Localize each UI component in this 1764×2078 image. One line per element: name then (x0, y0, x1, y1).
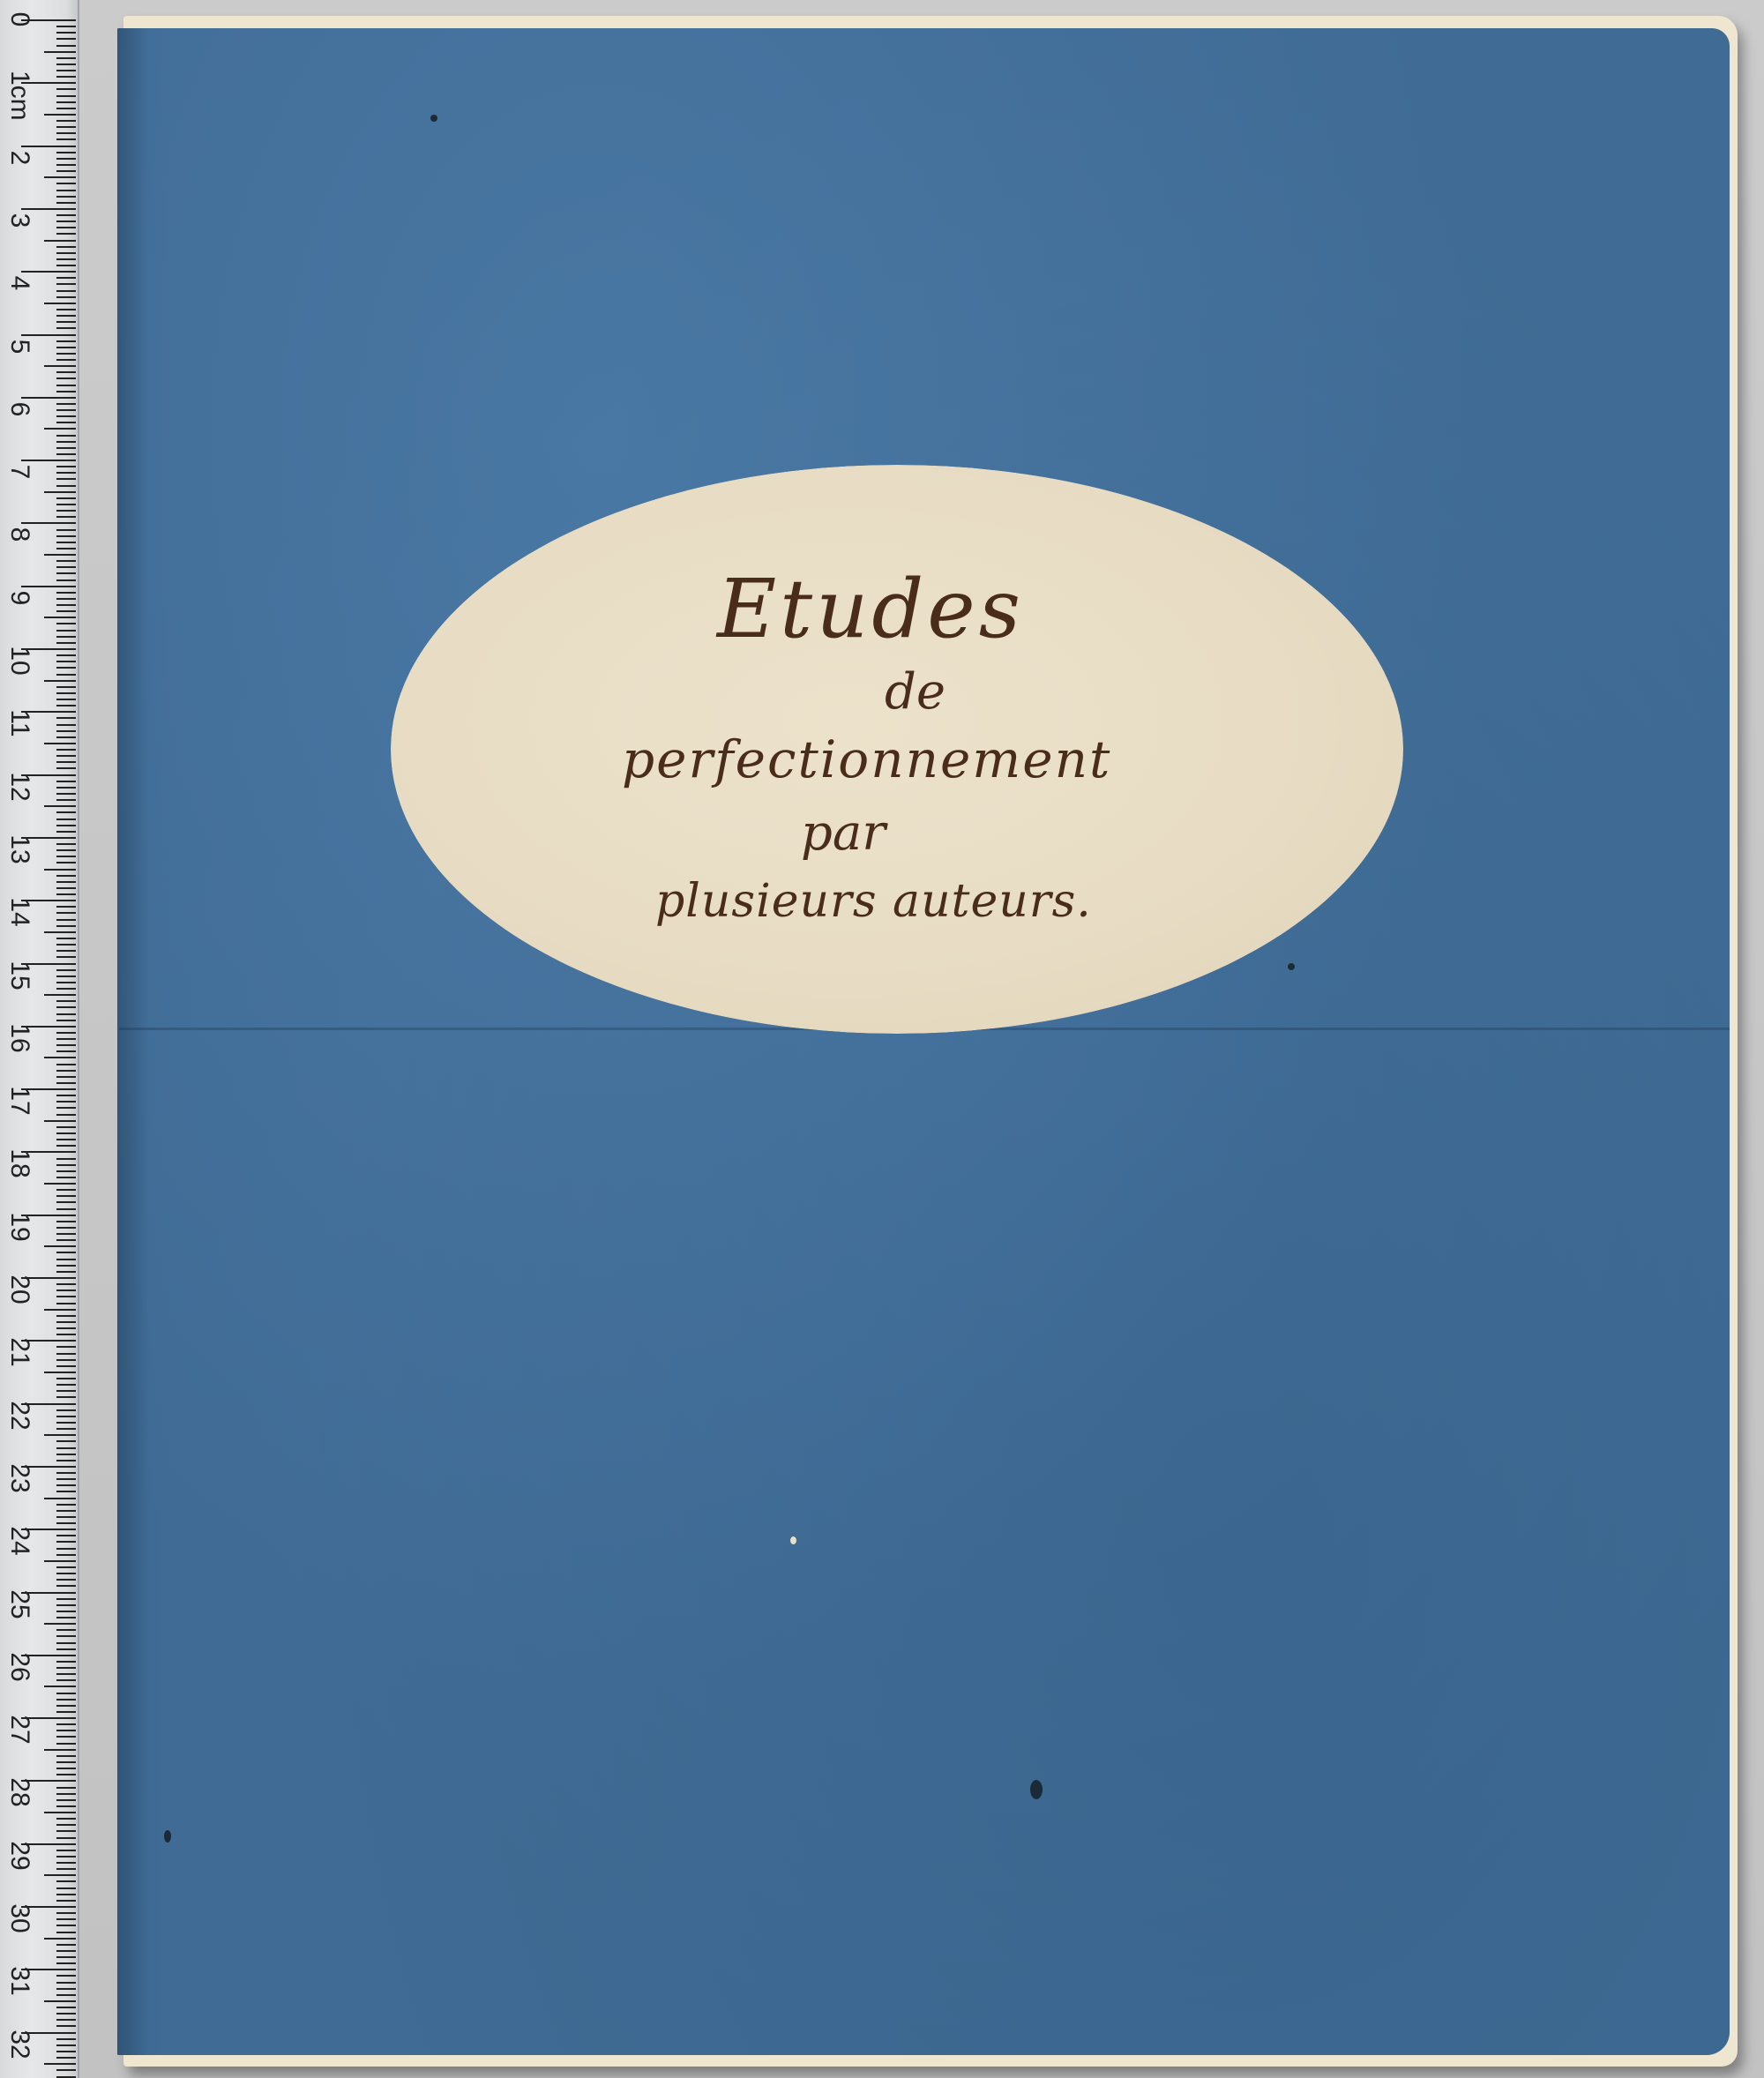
ruler-tick (56, 856, 76, 857)
ruler-tick (56, 385, 76, 386)
ruler-tick (56, 1334, 76, 1335)
ruler-label: 32 (6, 2029, 33, 2060)
ruler-tick (56, 108, 76, 109)
ruler-label: 29 (6, 1840, 33, 1872)
ruler-tick (56, 1064, 76, 1065)
ruler-tick (56, 70, 76, 71)
ruler-tick (56, 1774, 76, 1775)
ruler-tick (56, 975, 76, 977)
ruler-label: 4 (6, 275, 33, 291)
ruler-tick (56, 686, 76, 688)
ruler-label: 20 (6, 1274, 33, 1305)
ruler-tick (56, 875, 76, 877)
ruler-tick (56, 1975, 76, 1977)
ruler-tick (56, 1887, 76, 1889)
ruler-tick (56, 1227, 76, 1229)
ruler-tick (56, 2069, 76, 2071)
ruler-tick (56, 377, 76, 379)
ruler-tick (56, 347, 76, 348)
ruler-tick (21, 334, 76, 336)
ruler-tick (56, 1585, 76, 1587)
ruler-tick (56, 630, 76, 632)
ruler-tick (44, 2000, 76, 2002)
ruler-tick (44, 1686, 76, 1687)
ruler-label: 31 (6, 1965, 33, 1997)
ruler-tick (56, 138, 76, 140)
ruler-tick (56, 101, 76, 103)
ruler-tick (56, 447, 76, 449)
ruler-tick (56, 1454, 76, 1455)
ruler-label: 11 (6, 707, 33, 739)
ruler-tick (56, 825, 76, 826)
ruler-tick (56, 749, 76, 751)
ruler-tick (44, 1938, 76, 1940)
ruler-tick (56, 912, 76, 914)
ruler-tick (56, 1868, 76, 1870)
ruler-tick (56, 290, 76, 292)
ruler-tick (56, 1327, 76, 1329)
ruler-tick (56, 1956, 76, 1958)
ruler-tick (56, 1541, 76, 1543)
ruler-tick (56, 1189, 76, 1191)
ruler-tick (56, 296, 76, 298)
ruler-tick (56, 1114, 76, 1116)
ruler-tick (56, 1440, 76, 1442)
ruler-tick (56, 1962, 76, 1964)
ruler-tick (56, 1378, 76, 1379)
cover-blemish (164, 1830, 171, 1843)
ruler-tick (56, 1918, 76, 1920)
ruler-tick (56, 321, 76, 323)
ruler-tick (56, 126, 76, 128)
ruler-tick (56, 1522, 76, 1524)
ruler-tick (56, 265, 76, 266)
ruler-tick (56, 1950, 76, 1952)
ruler-tick (56, 1932, 76, 1933)
ruler-label: 5 (6, 339, 33, 355)
ruler-tick (56, 1994, 76, 1996)
ruler-tick (56, 1850, 76, 1851)
cover-title-label: Etudes de perfectionnement par plusieurs… (391, 465, 1403, 1034)
ruler-tick (56, 1353, 76, 1355)
ruler-tick (56, 1711, 76, 1713)
ruler-tick (56, 1346, 76, 1348)
ruler-tick (56, 327, 76, 329)
ruler-tick (44, 51, 76, 53)
cover-blemish (1288, 963, 1295, 970)
ruler-tick (56, 1158, 76, 1160)
ruler-tick (44, 1309, 76, 1311)
ruler-tick (56, 1944, 76, 1946)
ruler-tick (44, 114, 76, 116)
title-line-3: perfectionnement (622, 729, 1111, 789)
ruler-tick (56, 529, 76, 531)
ruler-tick (56, 736, 76, 738)
ruler-tick (56, 642, 76, 644)
ruler-tick (56, 2025, 76, 2027)
ruler-tick (56, 1145, 76, 1147)
ruler-label: 0 (6, 11, 33, 27)
ruler-tick (56, 1428, 76, 1430)
ruler-tick (56, 1611, 76, 1612)
ruler-tick (56, 190, 76, 191)
ruler-tick (56, 1743, 76, 1745)
ruler-tick (56, 1208, 76, 1210)
ruler-tick (56, 183, 76, 184)
ruler-tick (56, 1365, 76, 1367)
ruler-tick (56, 1070, 76, 1072)
ruler-tick (56, 674, 76, 676)
ruler-tick (56, 579, 76, 581)
ruler-tick (56, 1900, 76, 1902)
ruler-tick (56, 340, 76, 342)
ruler-label: 27 (6, 1714, 33, 1745)
ruler-label: 3 (6, 213, 33, 228)
ruler-tick (56, 435, 76, 437)
cover-blemish (790, 1536, 796, 1544)
ruler-tick (21, 208, 76, 210)
ruler-tick (56, 45, 76, 47)
ruler-tick (56, 1755, 76, 1757)
ruler-tick (56, 391, 76, 392)
ruler-tick (44, 1434, 76, 1436)
ruler-tick (56, 1296, 76, 1297)
ruler-tick (56, 1830, 76, 1832)
ruler-label: 22 (6, 1400, 33, 1431)
ruler-tick (44, 1874, 76, 1876)
ruler-tick (56, 1107, 76, 1109)
ruler-tick (44, 176, 76, 178)
ruler-tick (56, 1447, 76, 1449)
ruler-tick (56, 831, 76, 833)
ruler-tick (56, 535, 76, 537)
ruler-tick (56, 2038, 76, 2040)
ruler-tick (56, 560, 76, 562)
ruler-tick (56, 1699, 76, 1701)
ruler-tick (56, 755, 76, 757)
ruler-tick (44, 303, 76, 304)
ruler-tick (56, 120, 76, 122)
ruler-tick (56, 661, 76, 662)
ruler-tick (56, 1693, 76, 1694)
ruler-tick (56, 422, 76, 423)
ruler-tick (56, 1044, 76, 1046)
ruler-label: 13 (6, 833, 33, 865)
ruler-tick (56, 1491, 76, 1492)
ruler-tick (56, 636, 76, 638)
title-line-4: par (801, 804, 886, 862)
ruler-tick (56, 906, 76, 908)
ruler-tick (56, 214, 76, 216)
ruler-label: 24 (6, 1525, 33, 1557)
ruler-tick (56, 1566, 76, 1568)
ruler-tick (56, 1535, 76, 1536)
ruler-tick (44, 1812, 76, 1813)
ruler-tick (56, 1673, 76, 1675)
ruler-tick (56, 1705, 76, 1707)
ruler-tick (56, 623, 76, 624)
ruler-tick (56, 1315, 76, 1317)
ruler-tick (21, 586, 76, 587)
ruler-tick (56, 1233, 76, 1235)
ruler-tick (56, 925, 76, 927)
ruler-tick (56, 64, 76, 65)
ruler-tick (56, 1032, 76, 1034)
ruler-tick (56, 233, 76, 235)
ruler-tick (56, 283, 76, 285)
ruler-tick (56, 1510, 76, 1512)
ruler-tick (21, 271, 76, 273)
ruler-tick (56, 548, 76, 549)
ruler-tick (56, 1259, 76, 1260)
ruler-label: 25 (6, 1588, 33, 1620)
ruler-tick (56, 441, 76, 443)
measuring-ruler: 01cm234567891011121314151617181920212223… (0, 0, 79, 2078)
ruler-tick (56, 1321, 76, 1323)
ruler-tick (56, 730, 76, 732)
ruler-tick (56, 1598, 76, 1600)
ruler-tick (56, 1303, 76, 1304)
ruler-tick (56, 1736, 76, 1738)
ruler-tick (56, 1818, 76, 1820)
ruler-tick (56, 353, 76, 355)
ruler-tick (56, 164, 76, 166)
ruler-tick (56, 1164, 76, 1166)
title-line-5: plusieurs auteurs. (655, 875, 1092, 928)
ruler-tick (44, 1372, 76, 1373)
ruler-tick (56, 510, 76, 512)
ruler-tick (56, 1132, 76, 1134)
ruler-tick (44, 1623, 76, 1625)
ruler-label: 9 (6, 590, 33, 606)
ruler-tick (56, 246, 76, 248)
ruler-tick (56, 472, 76, 474)
ruler-tick (56, 938, 76, 939)
ruler-tick (56, 1604, 76, 1606)
ruler-tick (56, 38, 76, 40)
ruler-tick (56, 781, 76, 782)
ruler-tick (56, 1617, 76, 1618)
ruler-tick (56, 1478, 76, 1480)
ruler-tick (56, 504, 76, 505)
ruler-tick (56, 944, 76, 946)
ruler-tick (56, 969, 76, 971)
ruler-tick (56, 1139, 76, 1140)
ruler-tick (56, 1723, 76, 1725)
ruler-tick (56, 258, 76, 260)
ruler-tick (56, 196, 76, 198)
cover-blemish (430, 115, 437, 122)
ruler-tick (56, 1170, 76, 1172)
ruler-tick (56, 1635, 76, 1637)
ruler-tick (56, 767, 76, 769)
ruler-tick (44, 994, 76, 996)
ruler-tick (56, 1799, 76, 1801)
ruler-tick (56, 453, 76, 455)
ruler-tick (56, 252, 76, 254)
ruler-tick (44, 680, 76, 682)
ruler-tick (56, 1856, 76, 1857)
ruler-tick (56, 950, 76, 952)
ruler-tick (56, 1554, 76, 1556)
ruler-label: 8 (6, 527, 33, 542)
ruler-tick (56, 1013, 76, 1015)
book-cover (117, 28, 1730, 2055)
ruler-tick (56, 1679, 76, 1681)
ruler-tick (56, 95, 76, 97)
ruler-tick (56, 315, 76, 317)
title-line-2: de (885, 663, 946, 721)
ruler-tick (56, 1409, 76, 1411)
ruler-tick (56, 893, 76, 895)
ruler-tick (56, 1283, 76, 1285)
ruler-tick (56, 1082, 76, 1084)
ruler-tick (56, 1252, 76, 1253)
ruler-tick (56, 1982, 76, 1984)
ruler-tick (56, 1201, 76, 1203)
ruler-tick (44, 1245, 76, 1247)
ruler-tick (56, 1239, 76, 1241)
ruler-tick (56, 1050, 76, 1052)
ruler-tick (56, 1516, 76, 1518)
ruler-tick (56, 1894, 76, 1895)
ruler-tick (56, 1177, 76, 1178)
ruler-tick (56, 57, 76, 59)
ruler-tick (56, 1006, 76, 1008)
ruler-tick (44, 869, 76, 871)
ruler-label: 30 (6, 1902, 33, 1934)
ruler-tick (56, 1195, 76, 1197)
ruler-tick (56, 843, 76, 845)
ruler-tick (56, 1472, 76, 1474)
ruler-label: 16 (6, 1022, 33, 1054)
ruler-tick (44, 554, 76, 556)
ruler-tick (56, 170, 76, 172)
ruler-tick (56, 1925, 76, 1926)
ruler-tick (56, 717, 76, 719)
cover-blemish (1030, 1780, 1043, 1799)
ruler-tick (56, 76, 76, 78)
ruler-tick (56, 1787, 76, 1789)
title-line-1: Etudes (717, 562, 1024, 656)
ruler-tick (56, 1484, 76, 1486)
ruler-tick (56, 2044, 76, 2046)
ruler-tick (56, 1805, 76, 1807)
ruler-tick (56, 152, 76, 153)
ruler-tick (21, 397, 76, 399)
ruler-tick (56, 1000, 76, 1002)
ruler-tick (56, 1271, 76, 1273)
ruler-label: 15 (6, 960, 33, 991)
ruler-tick (56, 1667, 76, 1669)
ruler-tick (56, 2019, 76, 2021)
ruler-tick (56, 919, 76, 921)
ruler-tick (56, 202, 76, 204)
ruler-tick (21, 146, 76, 147)
ruler-tick (44, 240, 76, 242)
ruler-tick (56, 881, 76, 883)
ruler-tick (56, 2007, 76, 2008)
ruler-tick (56, 1730, 76, 1731)
ruler-label: 1cm (6, 71, 33, 118)
ruler-tick (56, 1396, 76, 1398)
ruler-tick (56, 227, 76, 228)
ruler-tick (56, 1548, 76, 1550)
ruler-tick (56, 403, 76, 405)
ruler-tick (56, 1020, 76, 1021)
ruler-tick (56, 1359, 76, 1361)
ruler-tick (56, 1095, 76, 1096)
ruler-tick (44, 491, 76, 493)
ruler-tick (56, 1761, 76, 1763)
ruler-tick (56, 692, 76, 694)
ruler-tick (56, 1390, 76, 1392)
ruler-tick (56, 1988, 76, 1990)
ruler-tick (56, 1837, 76, 1839)
ruler-tick (56, 956, 76, 958)
ruler-tick (56, 32, 76, 34)
ruler-tick (56, 277, 76, 279)
ruler-label: 6 (6, 401, 33, 417)
ruler-tick (56, 982, 76, 983)
ruler-tick (56, 811, 76, 813)
ruler-tick (56, 1862, 76, 1864)
ruler-label: 26 (6, 1651, 33, 1683)
ruler-tick (56, 1768, 76, 1769)
ruler-label: 10 (6, 645, 33, 676)
ruler-tick (56, 1126, 76, 1128)
ruler-tick (44, 1120, 76, 1122)
ruler-tick (56, 2013, 76, 2014)
ruler-label: 14 (6, 896, 33, 928)
ruler-tick (56, 1912, 76, 1914)
ruler-tick (56, 478, 76, 480)
ruler-tick (56, 1880, 76, 1882)
ruler-tick (44, 365, 76, 367)
ruler-tick (56, 761, 76, 763)
ruler-tick (56, 1038, 76, 1040)
ruler-tick (56, 2076, 76, 2078)
ruler-tick (56, 667, 76, 669)
ruler-tick (44, 1749, 76, 1751)
ruler-tick (56, 604, 76, 606)
ruler-label: 7 (6, 464, 33, 480)
ruler-tick (56, 724, 76, 726)
ruler-tick (56, 485, 76, 487)
handwritten-title: Etudes de perfectionnement par plusieurs… (391, 465, 1403, 1034)
ruler-tick (56, 1573, 76, 1574)
ruler-label: 19 (6, 1211, 33, 1243)
ruler-tick (56, 359, 76, 361)
ruler-tick (56, 516, 76, 518)
ruler-tick (44, 743, 76, 744)
ruler-tick (56, 1629, 76, 1631)
ruler-tick (56, 1460, 76, 1461)
ruler-tick (56, 566, 76, 568)
ruler-tick (44, 1057, 76, 1058)
ruler-tick (56, 654, 76, 656)
ruler-tick (56, 988, 76, 990)
ruler-tick (21, 460, 76, 461)
ruler-tick (56, 542, 76, 543)
ruler-tick (56, 1422, 76, 1424)
ruler-label: 18 (6, 1147, 33, 1179)
ruler-tick (56, 2057, 76, 2059)
ruler-tick (56, 1648, 76, 1650)
ruler-tick (56, 705, 76, 706)
ruler-tick (56, 1101, 76, 1103)
ruler-label: 23 (6, 1462, 33, 1494)
